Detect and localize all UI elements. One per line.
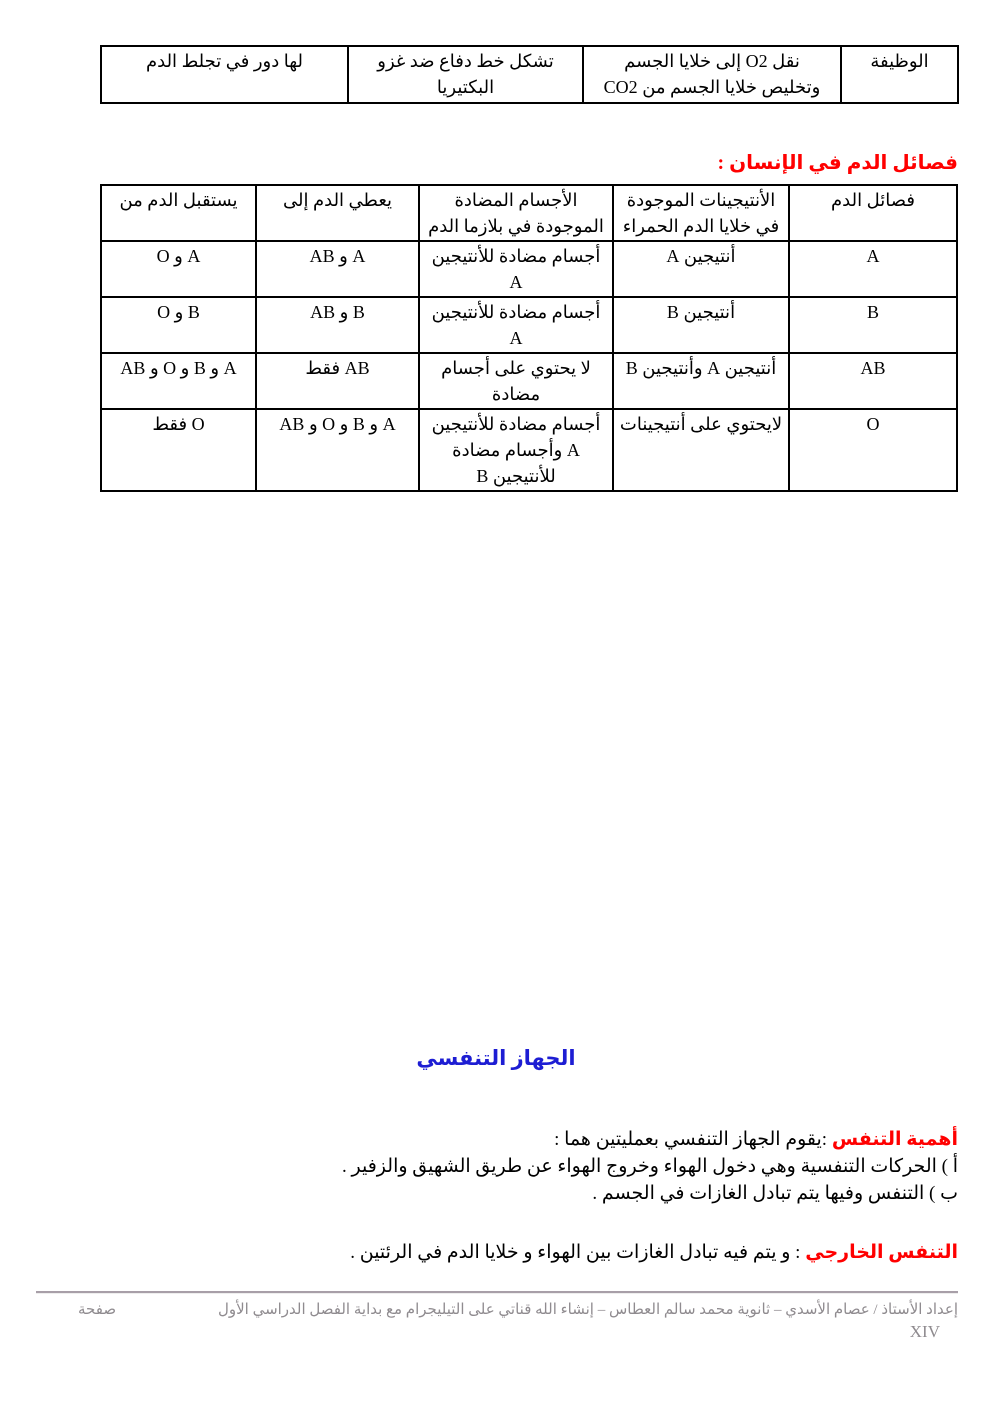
table-row-type-a: A أنتيجين A أجسام مضادة للأنتيجين A A و …: [101, 241, 957, 297]
footer: إعداد الأستاذ / عصام الأسدي – ثانوية محم…: [78, 1300, 958, 1319]
cell-receives: A و O: [101, 241, 256, 297]
cell-antibodies: لا يحتوي على أجسام مضادة: [419, 353, 613, 409]
blood-types-heading: فصائل الدم في الإنسان :: [717, 150, 958, 175]
cell-antigens: أنتيجين B: [613, 297, 789, 353]
cell-type: AB: [789, 353, 957, 409]
cell-type: A: [789, 241, 957, 297]
cell-line: تشكل خط دفاع ضد غزو: [353, 48, 578, 74]
page-number: XIV: [910, 1322, 940, 1342]
table-header-row: فصائل الدم الأنتيجينات الموجودة في خلايا…: [101, 185, 957, 241]
cell-gives: AB فقط: [256, 353, 419, 409]
external-breathing-label: التنفس الخارجي: [805, 1242, 958, 1263]
header-gives-to: يعطي الدم إلى: [256, 185, 419, 241]
cell-antigens: أنتيجين A وأنتيجين B: [613, 353, 789, 409]
footer-page-label: صفحة: [78, 1300, 116, 1319]
external-breathing-text: : و يتم فيه تبادل الغازات بين الهواء و خ…: [350, 1242, 805, 1263]
cell-rbc-function: نقل O2 إلى خلايا الجسم وتخليص خلايا الجس…: [583, 46, 841, 103]
table-row-type-ab: AB أنتيجين A وأنتيجين B لا يحتوي على أجس…: [101, 353, 957, 409]
table-row: الوظيفة نقل O2 إلى خلايا الجسم وتخليص خل…: [101, 46, 958, 103]
cell-wbc-function: تشكل خط دفاع ضد غزو البكتيريا: [348, 46, 583, 103]
cell-receives: O فقط: [101, 409, 256, 491]
cell-line: البكتيريا: [353, 74, 578, 100]
external-breathing-line: التنفس الخارجي : و يتم فيه تبادل الغازات…: [40, 1239, 958, 1266]
cell-gives: B و AB: [256, 297, 419, 353]
cell-receives: B و O: [101, 297, 256, 353]
blood-components-function-table: الوظيفة نقل O2 إلى خلايا الجسم وتخليص خل…: [100, 45, 959, 104]
cell-gives: A و AB: [256, 241, 419, 297]
point-b-line: ب ) التنفس وفيها يتم تبادل الغازات في ال…: [40, 1180, 958, 1207]
cell-type: O: [789, 409, 957, 491]
table-row-type-b: B أنتيجين B أجسام مضادة للأنتيجين A B و …: [101, 297, 957, 353]
respiratory-system-heading: الجهاز التنفسي: [0, 1046, 992, 1071]
point-a-line: أ ) الحركات التنفسية وهي دخول الهواء وخر…: [40, 1153, 958, 1180]
header-antigens: الأنتيجينات الموجودة في خلايا الدم الحمر…: [613, 185, 789, 241]
cell-type: B: [789, 297, 957, 353]
cell-gives: A و B و O و AB: [256, 409, 419, 491]
document-page: الوظيفة نقل O2 إلى خلايا الجسم وتخليص خل…: [0, 0, 992, 1402]
header-blood-type: فصائل الدم: [789, 185, 957, 241]
importance-line: أهمية التنفس :يقوم الجهاز التنفسي بعمليت…: [40, 1126, 958, 1153]
header-antibodies: الأجسام المضادة الموجودة في بلازما الدم: [419, 185, 613, 241]
cell-antibodies: أجسام مضادة للأنتيجين A وأجسام مضادة للأ…: [419, 409, 613, 491]
cell-line: وتخليص خلايا الجسم من CO2: [588, 74, 836, 100]
cell-line: نقل O2 إلى خلايا الجسم: [588, 48, 836, 74]
breathing-importance-paragraph: أهمية التنفس :يقوم الجهاز التنفسي بعمليت…: [40, 1126, 958, 1207]
cell-antibodies: أجسام مضادة للأنتيجين A: [419, 297, 613, 353]
cell-antigens: أنتيجين A: [613, 241, 789, 297]
table-row-type-o: O لايحتوي على أنتيجينات أجسام مضادة للأن…: [101, 409, 957, 491]
cell-antibodies: أجسام مضادة للأنتيجين A: [419, 241, 613, 297]
footer-credits-text: إعداد الأستاذ / عصام الأسدي – ثانوية محم…: [218, 1300, 958, 1319]
footer-divider: [36, 1291, 958, 1294]
header-receives-from: يستقبل الدم من: [101, 185, 256, 241]
importance-text: :يقوم الجهاز التنفسي بعمليتين هما :: [554, 1129, 832, 1150]
importance-label: أهمية التنفس: [832, 1129, 958, 1150]
cell-function-header: الوظيفة: [841, 46, 958, 103]
cell-platelet-function: لها دور في تجلط الدم: [101, 46, 348, 103]
cell-receives: A و B و O و AB: [101, 353, 256, 409]
cell-antigens: لايحتوي على أنتيجينات: [613, 409, 789, 491]
blood-types-table: فصائل الدم الأنتيجينات الموجودة في خلايا…: [100, 184, 958, 492]
